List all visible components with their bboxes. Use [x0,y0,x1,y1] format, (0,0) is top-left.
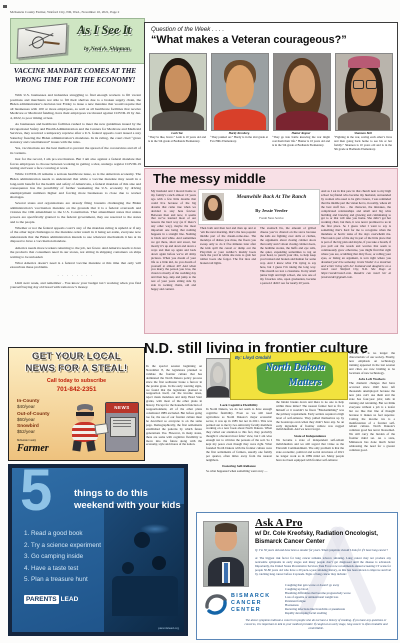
question-of-week-box: Question of the Week . . . . “What makes… [144,22,398,167]
ndm-title-line2: Matters [265,377,345,389]
news-rack-icon: NEWS [105,402,139,452]
qow-caption: Hardy Kronberg “They pushed on.” Hardy i… [210,132,268,144]
ndm-byline: By: Lloyd Omdahl [235,355,271,360]
frontier-col4: because it is no longer the characterist… [349,352,395,508]
parents-lead-box: PARENTS [24,595,59,604]
subscription-ad: GET YOUR LOCAL NEWS FOR A STEAL! Call to… [8,347,145,461]
oped-paragraph: As businesses and healthcare facilities … [10,122,141,145]
oped-paragraph: Just for the record, I am pro-vaccinatio… [10,157,141,171]
dr-kreofsky-photo [203,521,249,587]
messy-col4: And as I sat in that pew in that church … [321,190,391,328]
ad-title-line2: NEWS FOR A STEAL! [9,363,144,374]
scan-artifact [3,5,7,8]
ask-a-pro-subtitle2: Bismarck Cancer Center [255,539,325,545]
bcc-logo-line: CENTER [231,607,270,614]
frontier-col4-text: because it is no longer the characterist… [349,352,395,375]
section-divider: . . . . . . . . [10,273,141,278]
symptom-list: Coughing that gets worse or doesn’t go a… [285,583,391,615]
portrait-shannon [335,53,393,131]
big-number: 5 [20,464,52,520]
frontier-col4b-text: The dramatic changes that have occurred … [349,381,395,452]
qow-caption: Hunter Regner “They go into battle knowi… [272,132,330,148]
list-item: 4. Have a taste test [24,565,134,572]
frontier-col1: In the special session beginning on Nove… [146,365,202,508]
qow-caption: Leah Yaz “They’re like, brave.” Leah is … [148,132,206,144]
frontier-col3b-text: We became a state of independent self-re… [276,438,344,462]
frontier-col2: Lack Cognitive Flexibility In North Dako… [206,401,272,508]
oped-paragraph: Whether or not the federal appeals court… [10,226,141,244]
bcc-logo-line: BISMARCK [231,593,270,600]
ad-cta: Call today to subscribe [9,378,144,384]
oped-paragraph: Several states and organizations are alr… [10,201,141,224]
messy-col4-text: And as I sat in that pew in that church … [321,190,391,264]
as-i-see-it-title: As I See It [67,23,141,38]
messy-col2: Then bath and then bed and then up and a… [200,227,256,327]
ask-a-pro-closing: The above symptoms indicate a concern in… [241,619,391,631]
portrait-leah [149,53,207,131]
price-value: $60/year [17,417,50,422]
farmer-logo: Farmer [17,443,49,454]
parents-lead-logo: PARENTS LEAD [24,594,78,604]
list-item: 5. Plan a treasure hunt [24,576,134,583]
qow-kicker: Question of the Week . . . . [151,26,224,33]
portrait-hardy [211,53,269,131]
ad-phone: 701-842-2351 [9,386,144,393]
news-rack-label: NEWS [106,405,138,410]
drawing-board-icon [17,23,68,59]
ad-price-list: In-County $40/year Out-of-County $60/yea… [17,399,50,434]
frontier-col2b-text: So what happened when something went awr… [206,469,267,473]
north-dakota-matters-graphic: By: Lloyd Omdahl North Dakota Matters [230,352,348,400]
ask-a-pro-question: Q: I’m 56 years old and have been a smok… [255,549,391,553]
oped-paragraph: America needs more workers returning to … [10,246,141,260]
bcc-logo-line: CANCER [231,600,270,607]
burglar-cartoon-icon [67,404,107,452]
column-header-card: Meanwhile Back At The Ranch By Jessie Ve… [198,189,320,225]
as-i-see-it-logo: As I See It by Neal A. Shipman [10,18,145,64]
jessie-veeder-photo [202,193,224,221]
oped-paragraph: While COVID-19 remains a serious healthc… [10,172,141,199]
oped-closing: Until next week, and remember - You know… [10,281,141,290]
oped-paragraph: With U.S. businesses and industries stru… [10,93,141,120]
portrait-hunter [273,53,331,131]
ndm-title-line1: North Dakota [245,362,345,374]
parents-lead-rest: LEAD [61,596,79,603]
messy-middle-box: The messy middle Meanwhile Back At The R… [144,168,398,334]
messy-middle-headline: The messy middle [153,171,266,186]
price-value: $52/year [17,429,50,434]
messy-col3: The stomach flu, the amount of grilled c… [260,227,316,327]
ad-title-line1: GET YOUR LOCAL [9,351,144,362]
ad5-source: parentslead.org [158,626,179,630]
five-things-list: 1. Read a good book 2. Try a science exp… [24,530,134,583]
ask-a-pro-answer: A: The biggest risk factor for lung canc… [255,557,391,576]
author-tagline: Jessie Veeder is a musician and writer l… [321,260,391,280]
price-label: Out-of-County [17,412,50,417]
qow-caption: Shannon Bell “Fighting in the war, savin… [334,132,392,152]
bcc-logo-text: BISMARCK CANCER CENTER [231,593,270,613]
frontier-col3-text: the binder breaks down and there is no o… [276,401,344,431]
frontier-col3: the binder breaks down and there is no o… [276,401,344,508]
list-item: 1. Read a good book [24,530,134,537]
oped-body: With U.S. businesses and industries stru… [10,93,141,291]
ask-a-pro-box: Ask A Pro w/ Dr. Cole Kreofsky, Radiatio… [196,512,398,640]
column-title: Meanwhile Back At The Ranch [227,194,316,200]
symptom-item: Rapidly developing facial swelling [285,611,391,615]
ask-a-pro-title: Ask A Pro [255,517,302,529]
column-byline: By Jessie Veeder [227,208,316,213]
frontier-col2-text: In North Dakota, we do not seem to have … [206,407,272,462]
as-i-see-it-byline: by Neal A. Shipman [73,46,141,52]
bcc-swoosh-icon [203,591,229,617]
oped-headline: VACCINE MANDATE COMES AT THE WRONG TIME … [8,67,142,85]
list-item: 2. Try a science experiment [24,542,134,549]
qow-headline: “What makes a Veteran courageous?” [151,34,347,46]
oped-paragraph: Yes, vaccinations are the best method to… [10,146,141,155]
oped-paragraph: What America doesn’t need is a federal v… [10,261,141,270]
masthead: McKenzie County Farmer, Watford City, ND… [10,10,240,14]
lloyd-omdahl-photo [206,358,230,398]
ad5-title-line1: things to do this [74,488,148,499]
price-value: $40/year [17,404,50,409]
list-item: 3. Go camping inside [24,553,134,560]
messy-col1: My husband and I moved home to my family… [151,190,196,328]
column-service: Forum News Service [227,216,316,220]
newspaper-page: McKenzie County Farmer, Watford City, ND… [0,0,400,643]
ask-a-pro-subtitle1: w/ Dr. Cole Kreofsky, Radiation Oncologi… [255,531,378,537]
